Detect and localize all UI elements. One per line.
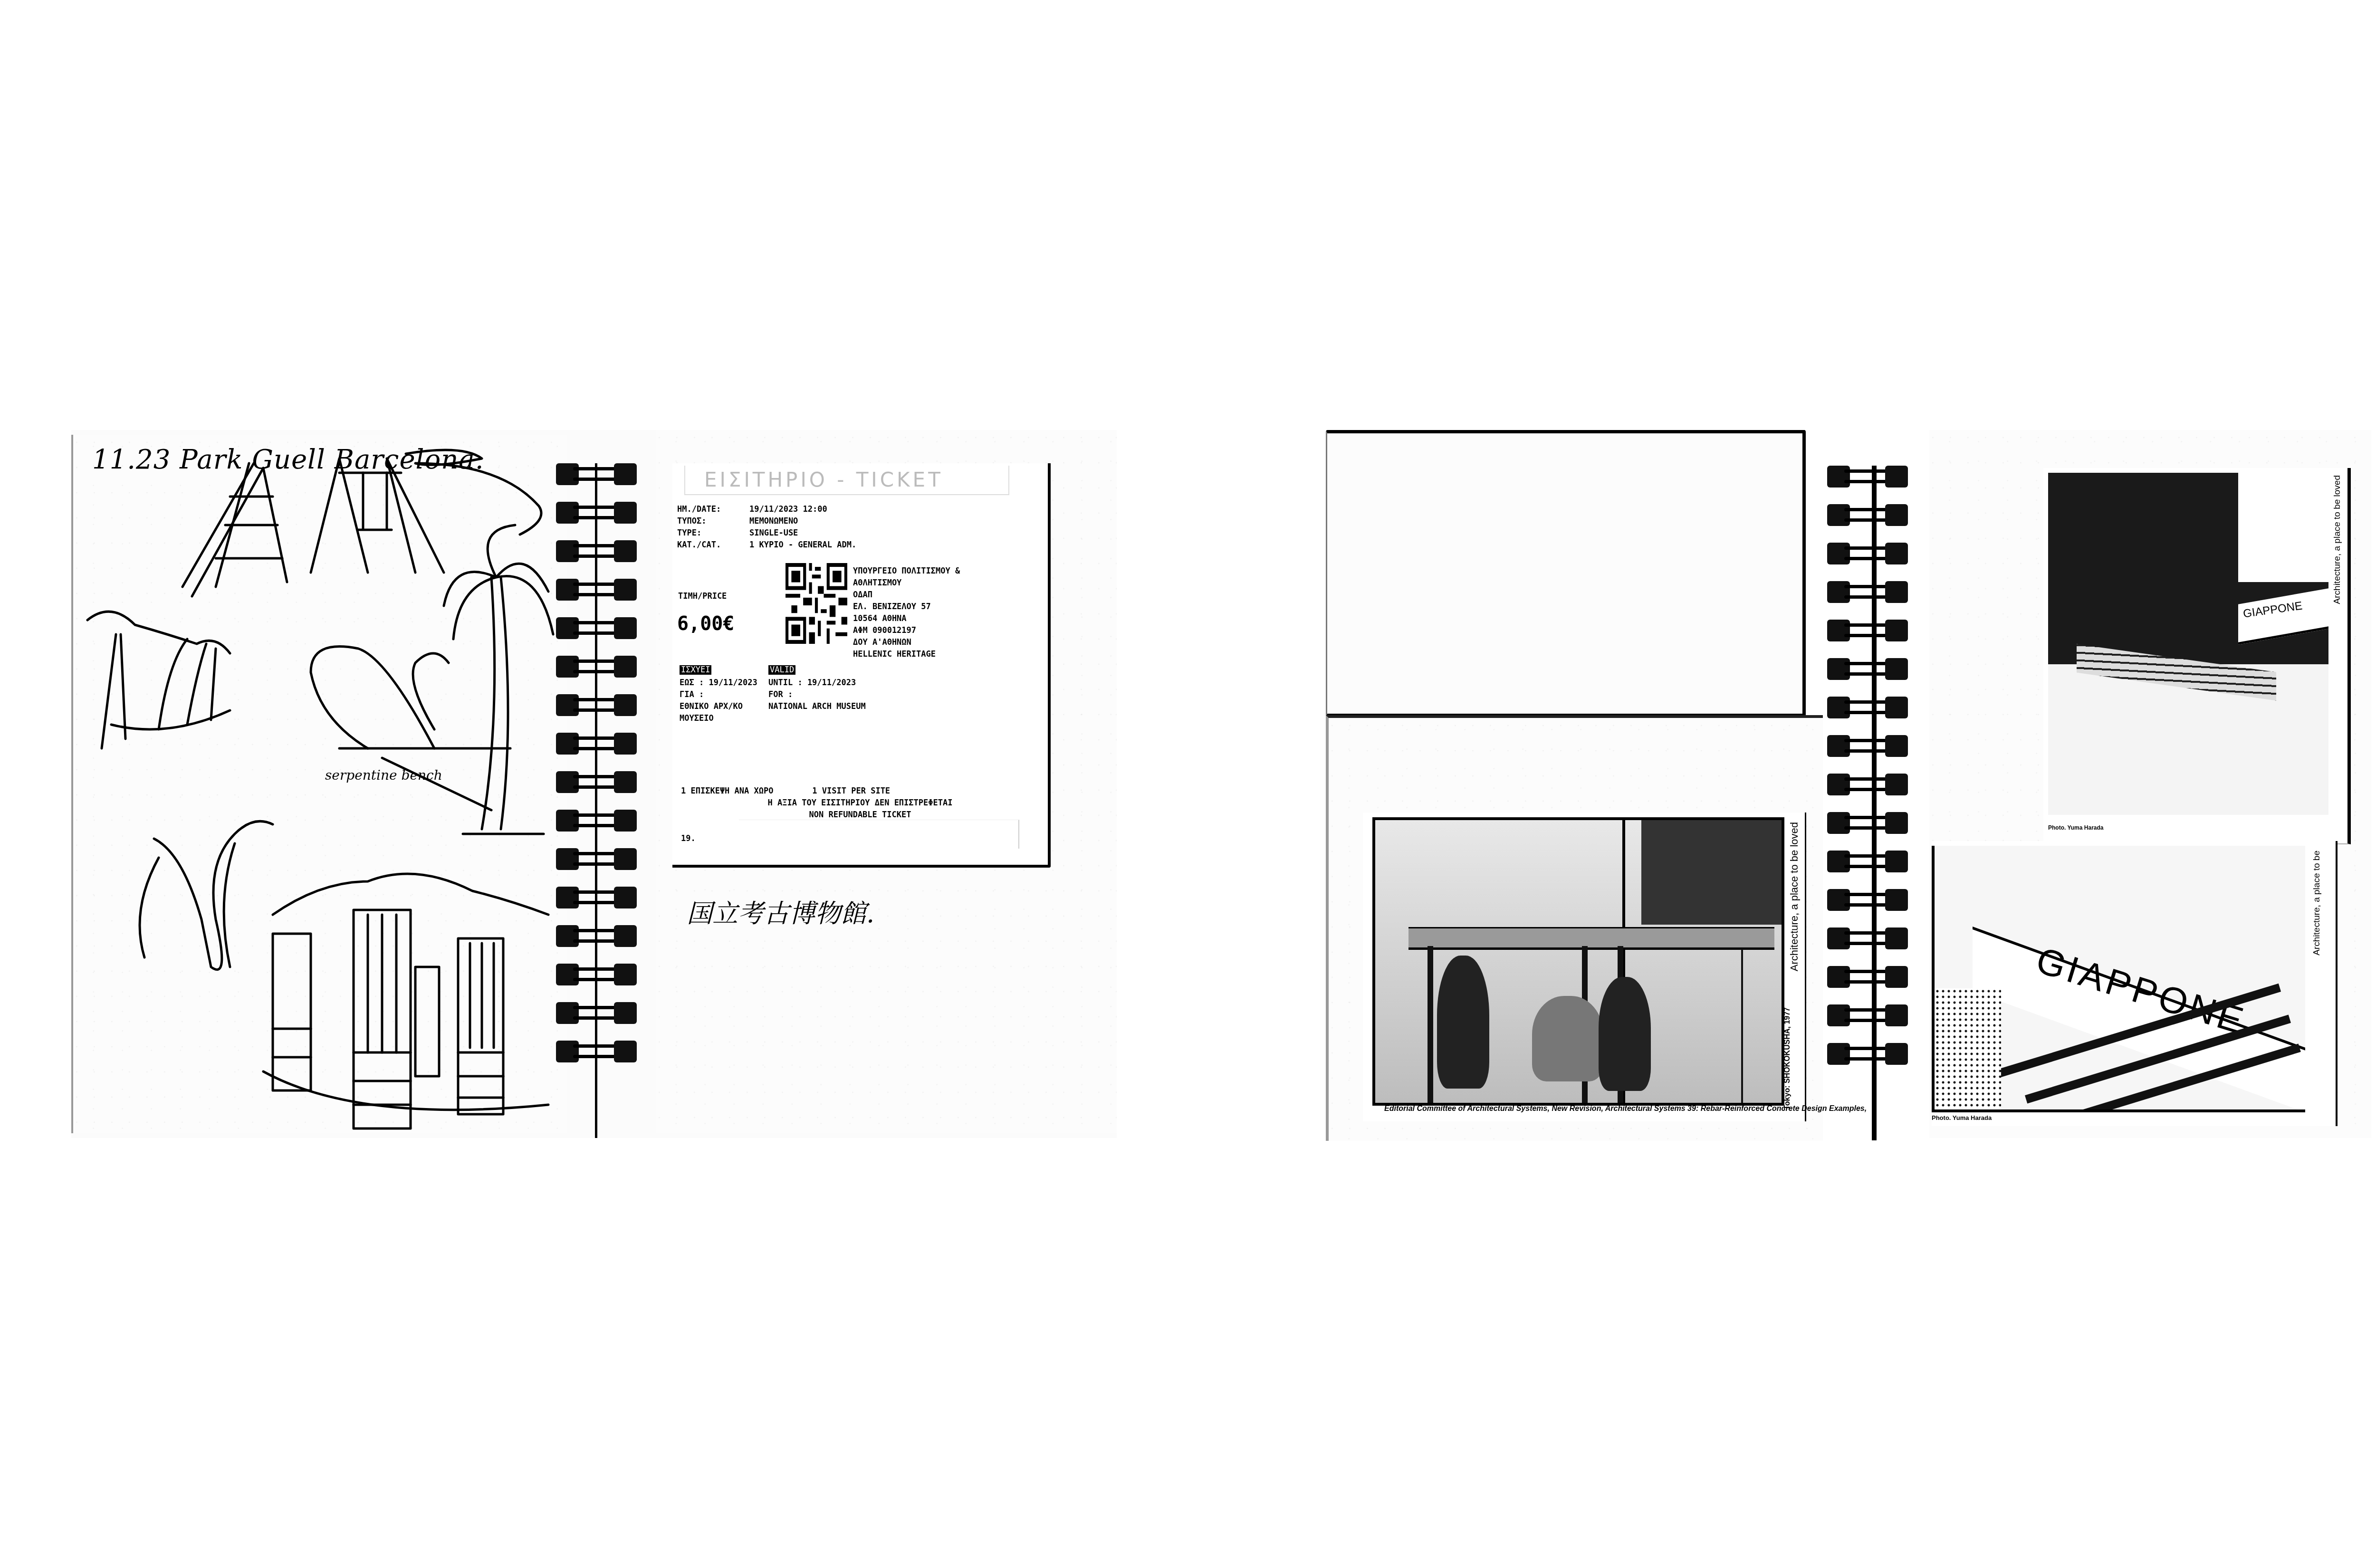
spiral-ring [556,656,637,678]
spiral-ring [1827,774,1908,795]
refund-note-en: NON REFUNDABLE TICKET [672,810,1048,820]
photo-person [1532,996,1603,1081]
spiral-ring [556,771,637,793]
spiral-ring [556,502,637,524]
spiral-ring [556,733,637,755]
spiral-ring [556,887,637,908]
spiral-ring [1827,1004,1908,1026]
photo-concrete-beam [1408,927,1774,950]
spiral-ring [1827,927,1908,949]
spiral-ring [1827,466,1908,488]
rubble-stone-arch [140,821,273,969]
page-gutter-line [1872,466,1877,1140]
photo-steps [2077,644,2276,700]
photo-sky [2238,473,2328,582]
price-label: ΤΙΜΗ/PRICE [678,592,727,601]
ticket-header: ΕΙΣΙΤΗΡΙΟ - TICKET [684,466,1009,495]
spiral-ring [1827,697,1908,718]
handwritten-museum-note: 国立考古博物館. [687,893,874,930]
ticket-serial: 19. [681,834,696,843]
slide-icon [182,463,287,596]
photo-table-structure [1372,817,1784,1106]
spiral-binding [1827,466,1908,1140]
ticket-issuer: ΥΠΟΥΡΓΕΙΟ ΠΟΛΙΤΙΣΜΟΥ & ΑΘΛΗΤΙΣΜΟΥ ΟΔΑΠ Ε… [853,565,960,660]
qr-code-icon [786,563,847,644]
ticket-row-type-gr: ΤΥΠΟΣ:ΜΕΜΟΝΩΜΕΝΟ [677,516,856,527]
spiral-binding [556,463,637,1138]
spiral-ring [556,540,637,562]
photo-foliage [1935,988,2001,1112]
page-gutter-line [595,463,597,1138]
spiral-ring [1827,851,1908,872]
spiral-ring [556,964,637,985]
left-sketchbook-spread: 11.23 Park Guell Barcelona. [71,430,1117,1138]
ticket-row-type: TYPE:SINGLE-USE [677,527,856,539]
tear-drop-shape [311,647,510,810]
clipping-tagline: Architecture, a place to be loved [1788,822,1801,971]
serpentine-path [406,450,541,535]
photo-window [1641,820,1782,925]
sketch-annotation: serpentine bench [325,767,442,783]
photo-pavilion-garden: GIAPPONE [2048,473,2328,815]
right-sketchbook-spread: Editorial Committee of Architectural Sys… [1326,430,2371,1138]
valid-badge-gr: ΙΣΧΥΕΙ [680,665,711,675]
clipping-systems-photo: Editorial Committee of Architectural Sys… [1363,813,1806,1121]
ticket-row-category: KAT./CAT.1 ΚΥΡΙΟ - GENERAL ADM. [677,539,856,551]
spiral-ring [556,617,637,639]
museum-ticket: ΕΙΣΙΤΗΡΙΟ - TICKET HM./DATE:19/11/2023 1… [672,463,1051,868]
spiral-ring [556,1041,637,1062]
blank-page-top [1326,430,1806,717]
validity-info: ΕΩΣ : 19/11/2023UNTIL : 19/11/2023 ΓΙΑ :… [680,677,866,725]
spiral-ring [556,463,637,485]
photo-credit: Photo. Yuma Harada [1932,1114,1992,1121]
spiral-ring [1827,966,1908,988]
spiral-ring [556,848,637,870]
swing-icon [311,459,444,573]
clipping-japan-pavilion-1: GIAPPONE Photo. Yuma Harada Architecture… [2043,468,2351,844]
photo-leg [1428,946,1433,1106]
price-value: 6,00€ [677,613,734,635]
leaning-palm-columns [87,612,230,748]
spiral-ring [556,925,637,947]
spiral-ring [1827,504,1908,526]
visits-note: 1 ΕΠΙΣΚΕΨΗ ΑΝΑ ΧΩΡΟ 1 VISIT PER SITE [681,786,890,796]
spiral-ring [1827,1043,1908,1065]
hypostyle-hall-columns [263,874,548,1128]
photo-pavilion-fascia [1973,927,2305,1112]
clipping-japan-pavilion-2: GIAPPONE Photo. Yuma Harada Architecture… [1932,841,2338,1126]
ticket-stub-area [739,820,1019,849]
sketch-page: 11.23 Park Guell Barcelona. [71,435,567,1133]
spiral-ring [1827,735,1908,757]
spiral-ring [1827,812,1908,834]
spiral-ring [556,694,637,716]
spiral-ring [556,1002,637,1024]
spiral-ring [1827,620,1908,641]
park-guell-sketches [73,435,567,1133]
refund-note-gr: Η ΑΞΙΑ ΤΟΥ ΕΙΣΙΤΗΡΙΟΥ ΔΕΝ ΕΠΙΣΤΡΕΦΕΤΑΙ [672,798,1048,808]
palm-tree-icon [444,525,553,834]
spiral-ring [1827,658,1908,680]
spiral-ring [1827,889,1908,911]
clipping-tagline: Architecture, a place to be loved [2332,475,2343,604]
ticket-row-date: HM./DATE:19/11/2023 12:00 [677,504,856,516]
clipping-caption: Editorial Committee of Architectural Sys… [1384,1105,1867,1113]
clipping-publisher-credit: Tokyo: SHOKOKUSHA, 1977 [1783,1007,1792,1110]
photo-window-frame [1741,948,1743,1106]
ticket-details: HM./DATE:19/11/2023 12:00 ΤΥΠΟΣ:ΜΕΜΟΝΩΜΕ… [677,504,856,551]
photo-pavilion-eave: GIAPPONE [1932,846,2305,1112]
spiral-ring [1827,581,1908,603]
spiral-ring [556,810,637,832]
photo-person [1599,977,1651,1091]
valid-badge-en: VALID [768,665,795,675]
spiral-ring [556,579,637,601]
photo-credit: Photo. Yuma Harada [2048,824,2103,831]
spiral-ring [1827,543,1908,564]
clipping-tagline: Architecture, a place to be [2312,851,2322,956]
photo-person [1437,956,1489,1089]
